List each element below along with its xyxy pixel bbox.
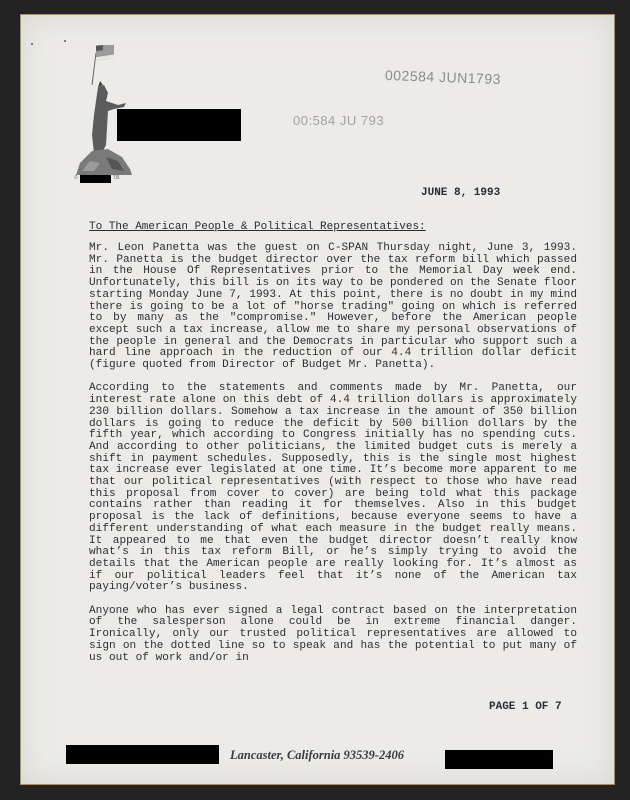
logo-caption-suffix: '05	[113, 175, 120, 181]
document-page: © '05 002584 JUN1793 00:584 JU 793 JUNE …	[20, 14, 615, 785]
redacted-footer-phone	[445, 750, 553, 769]
footer-address: Lancaster, California 93539-2406	[230, 748, 404, 763]
speck-mark	[31, 43, 33, 45]
body-paragraph-2: According to the statements and comments…	[89, 383, 577, 594]
letter-salutation: To The American People & Political Repre…	[89, 221, 426, 233]
letter-date: JUNE 8, 1993	[421, 187, 500, 199]
received-stamp-primary: 002584 JUN1793	[385, 67, 501, 87]
redacted-footer-street	[66, 745, 219, 764]
body-paragraph-3: Anyone who has ever signed a legal contr…	[89, 606, 577, 665]
logo-caption-prefix: ©	[74, 175, 78, 181]
redacted-logo-caption	[80, 175, 111, 183]
redacted-letterhead-name	[117, 109, 241, 141]
letter-body: Mr. Leon Panetta was the guest on C-SPAN…	[89, 243, 577, 676]
body-paragraph-1: Mr. Leon Panetta was the guest on C-SPAN…	[89, 243, 577, 372]
speck-mark	[64, 40, 66, 42]
received-stamp-secondary: 00:584 JU 793	[293, 113, 384, 128]
page-indicator: PAGE 1 OF 7	[489, 701, 562, 713]
